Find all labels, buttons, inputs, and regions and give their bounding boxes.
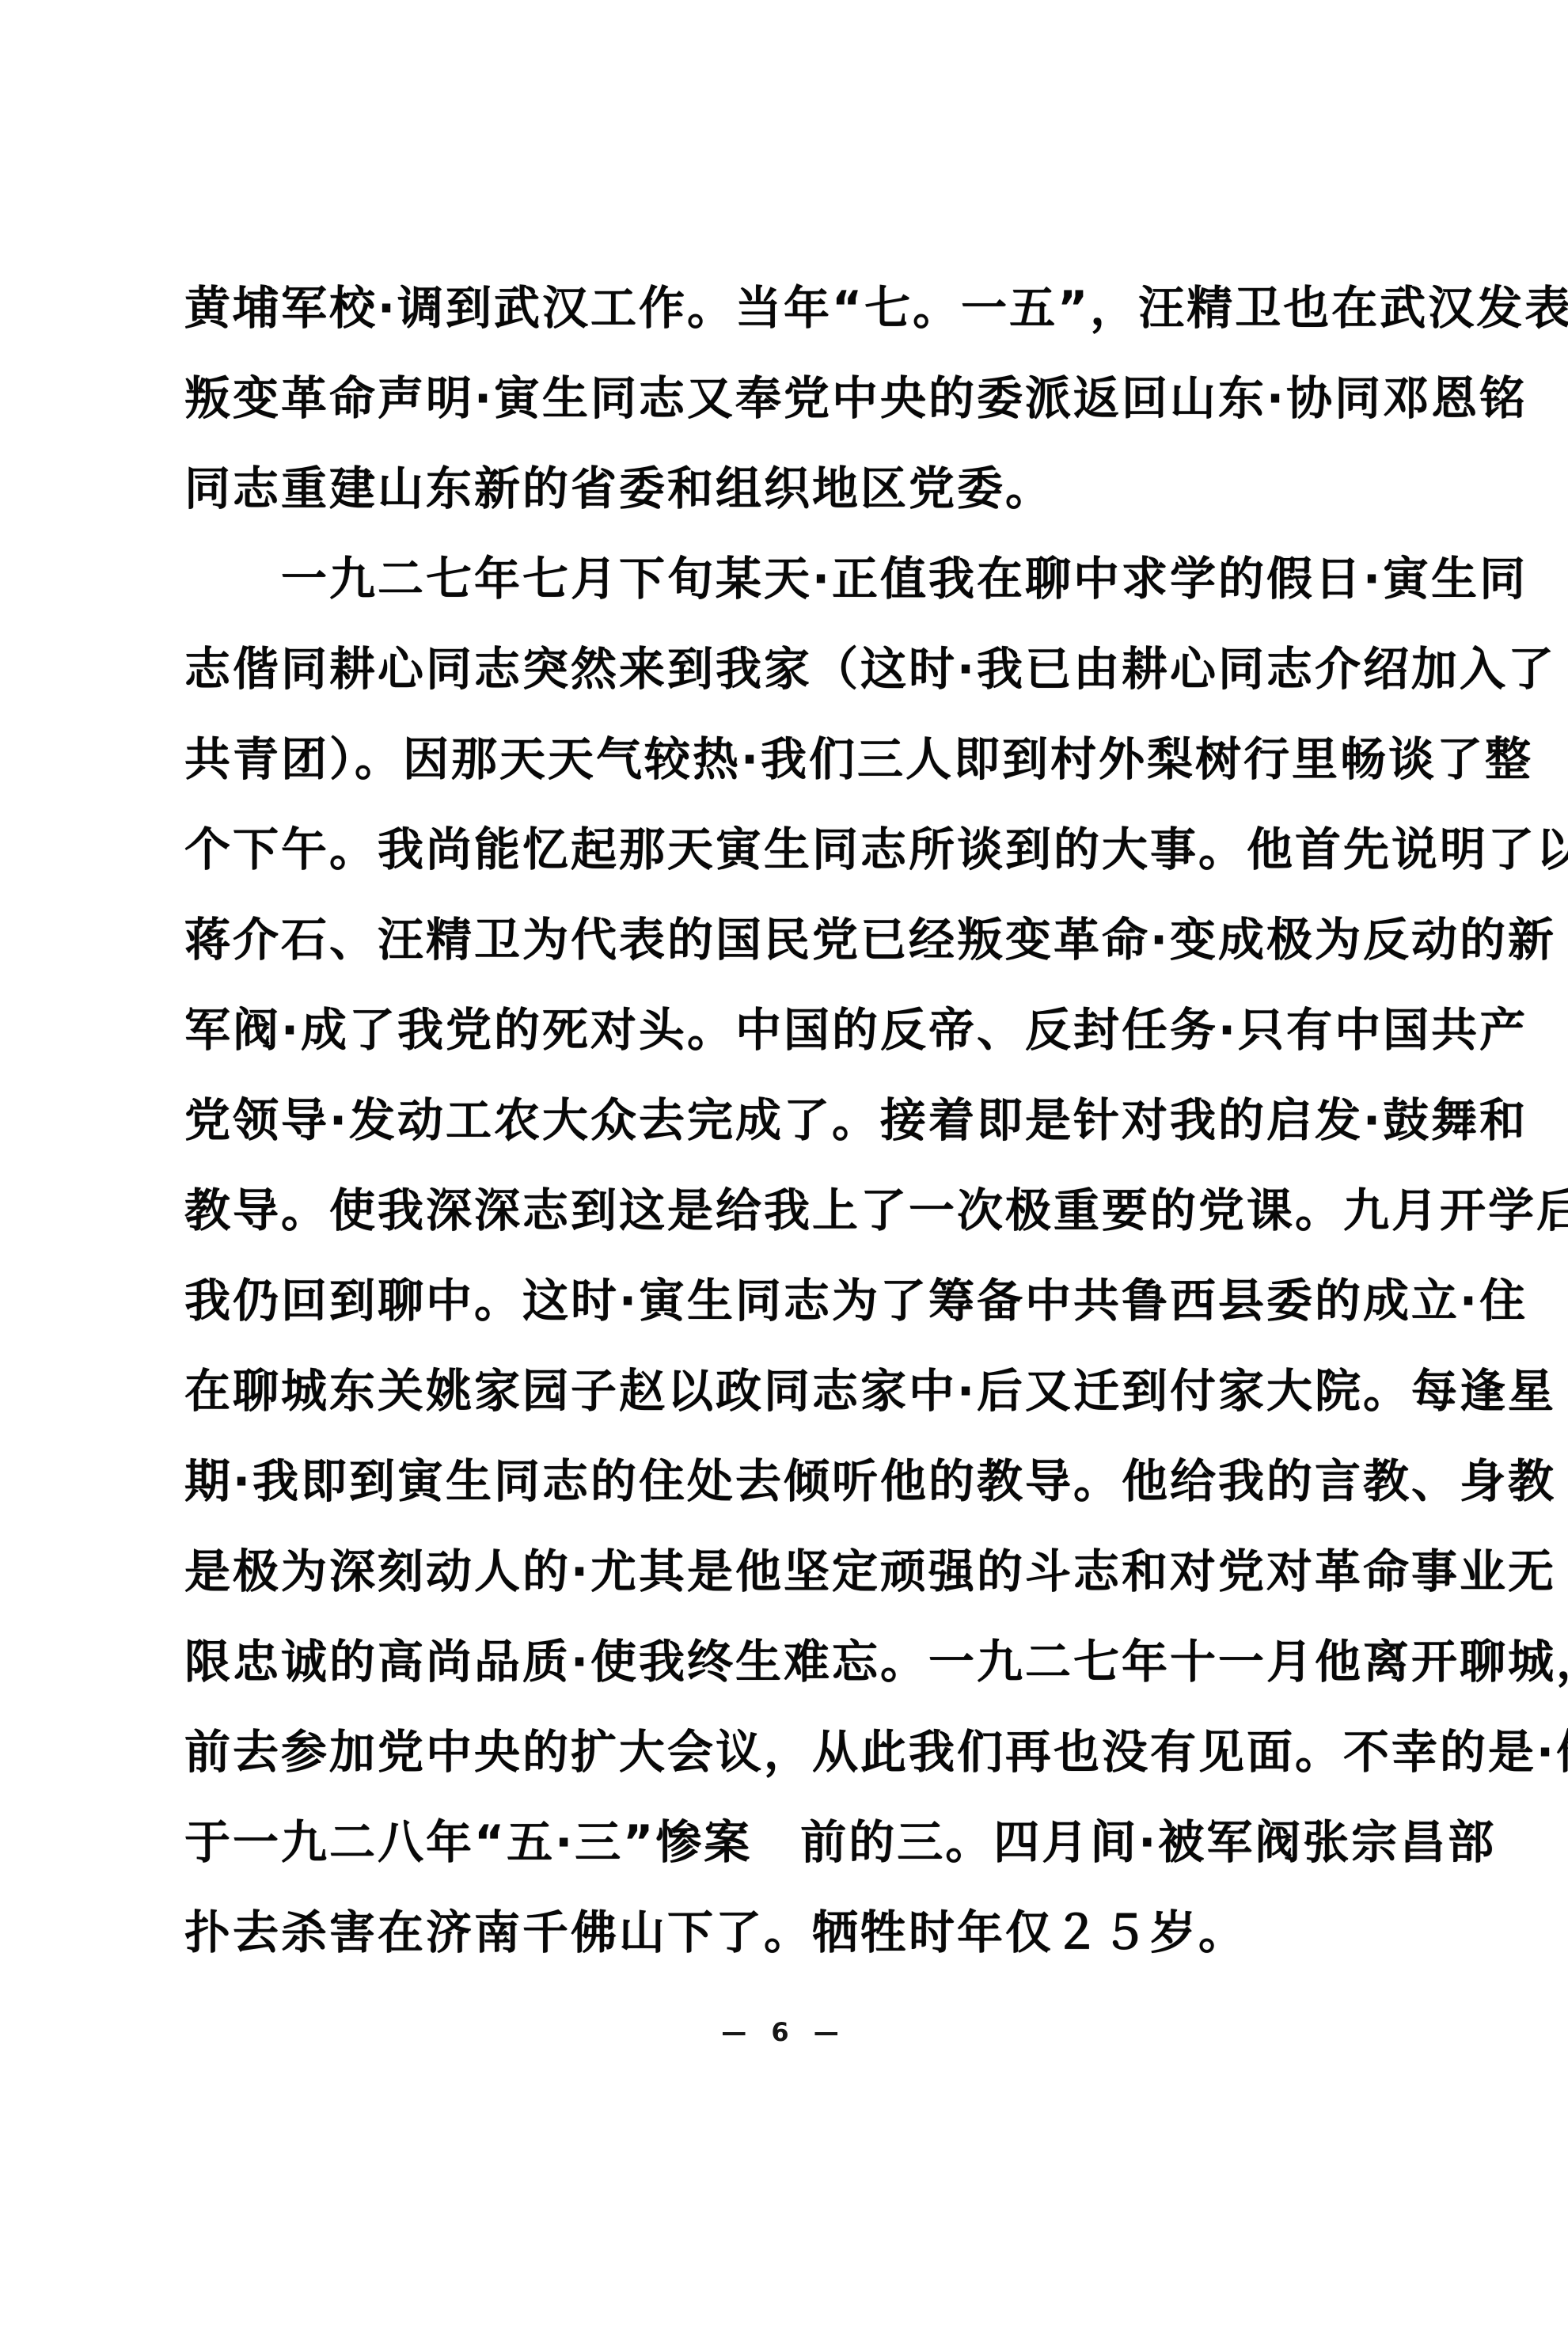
text-line: 党领导·发动工农大众去完成了。接着即是针对我的启发·鼓舞和	[184, 1075, 1514, 1165]
scanned-page: 黄埔军校·调到武汉工作。当年“七。一五”，汪精卫也在武汉发表 叛变革命声明·寅生…	[0, 0, 1568, 2329]
text-line: 前去参加党中央的扩大会议，从此我们再也没有见面。不幸的是·他竟	[184, 1707, 1514, 1797]
text-line: 教导。使我深深志到这是给我上了一次极重要的党课。九月开学后，	[184, 1165, 1514, 1256]
text-line: 军阀·成了我党的死对头。中国的反帝、反封任务·只有中国共产	[184, 985, 1514, 1075]
text-line: 扑去杀害在济南千佛山下了。牺牲时年仅２５岁。	[184, 1887, 1514, 1978]
text-line: 共青团）。因那天天气较热·我们三人即到村外梨树行里畅谈了整	[184, 714, 1514, 804]
text-line: 于一九二八年“五·三”惨案 前的三。四月间·被军阀张宗昌部	[184, 1797, 1514, 1887]
text-line: 叛变革命声明·寅生同志又奉党中央的委派返回山东·协同邓恩铭	[184, 353, 1514, 443]
body-text: 黄埔军校·调到武汉工作。当年“七。一五”，汪精卫也在武汉发表 叛变革命声明·寅生…	[184, 263, 1514, 1978]
text-line: 黄埔军校·调到武汉工作。当年“七。一五”，汪精卫也在武汉发表	[184, 263, 1514, 353]
text-line: 一九二七年七月下旬某天·正值我在聊中求学的假日·寅生同	[184, 534, 1514, 624]
text-line: 限忠诚的高尚品质·使我终生难忘。一九二七年十一月他离开聊城，	[184, 1617, 1514, 1707]
text-line: 是极为深刻动人的·尤其是他坚定顽强的斗志和对党对革命事业无	[184, 1526, 1514, 1617]
text-line: 在聊城东关姚家园子赵以政同志家中·后又迁到付家大院。每逢星	[184, 1346, 1514, 1436]
text-line: 个下午。我尚能忆起那天寅生同志所谈到的大事。他首先说明了以	[184, 804, 1514, 895]
text-line: 同志重建山东新的省委和组织地区党委。	[184, 443, 1514, 534]
text-line: 蒋介石、汪精卫为代表的国民党已经叛变革命·变成极为反动的新	[184, 895, 1514, 985]
text-line: 期·我即到寅生同志的住处去倾听他的教导。他给我的言教、身教	[184, 1436, 1514, 1526]
page-number: — 6 —	[0, 2017, 1568, 2047]
text-line: 我仍回到聊中。这时·寅生同志为了筹备中共鲁西县委的成立·住	[184, 1256, 1514, 1346]
text-line: 志偕同耕心同志突然来到我家（这时·我已由耕心同志介绍加入了	[184, 624, 1514, 714]
